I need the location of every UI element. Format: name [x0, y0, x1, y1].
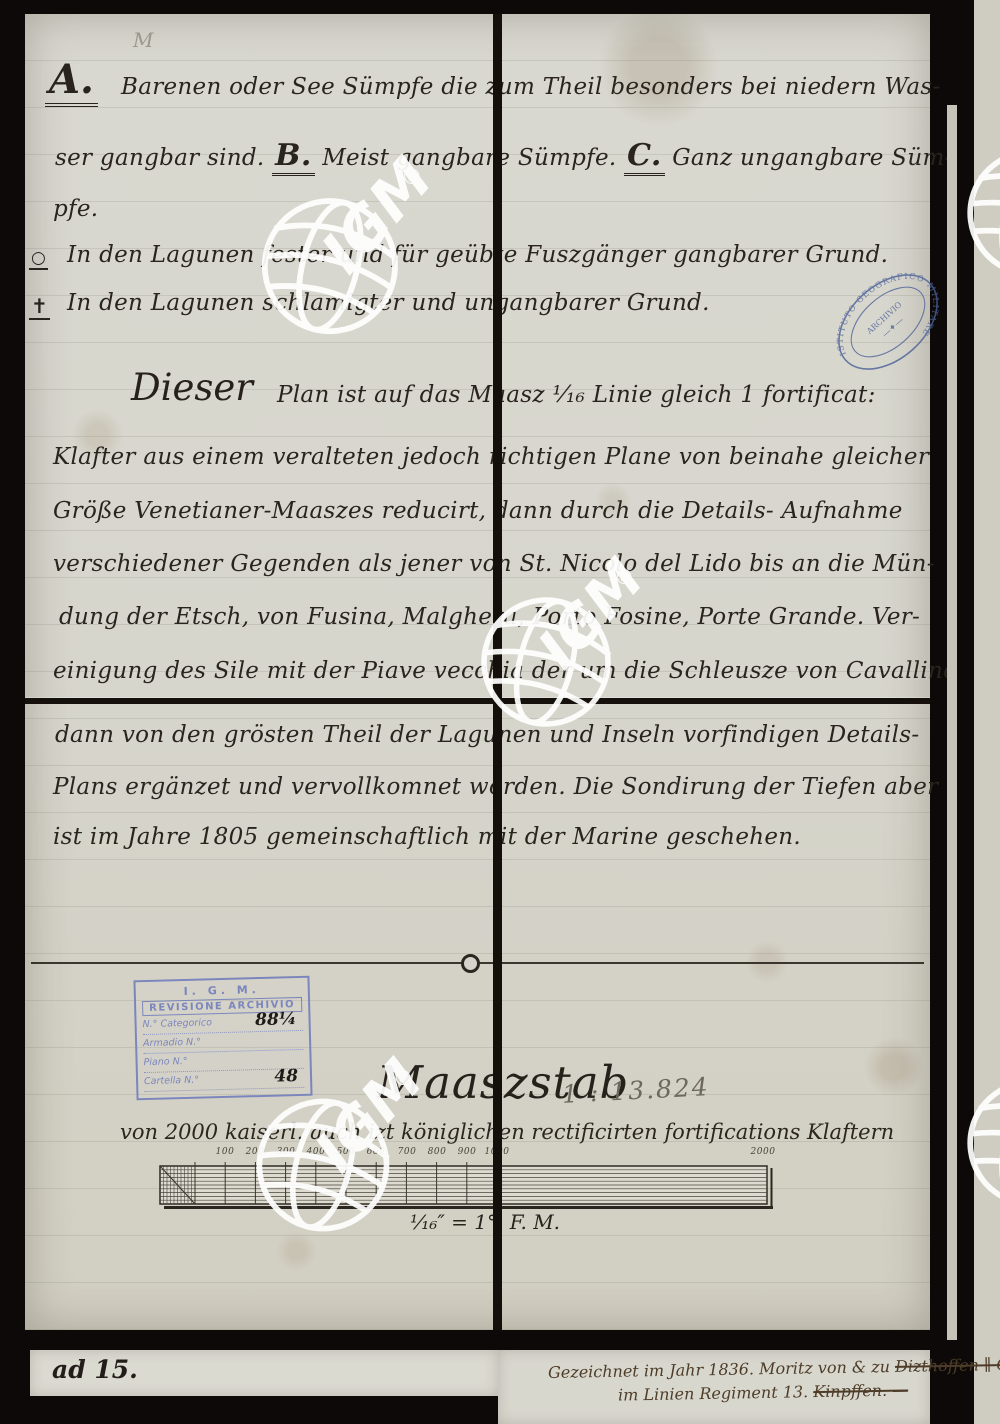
fold-hole	[461, 954, 480, 973]
inscription-line: Gezeichnet im Jahr 1836. Moritz von & zu…	[548, 1353, 1000, 1382]
scale-tick-label: 300	[269, 1147, 303, 1157]
scale-tick-label: 2000	[746, 1147, 780, 1157]
scale-tick-label: 800	[420, 1147, 454, 1157]
inscription-text: Gezeichnet im Jahr 1836. Moritz von & zu	[548, 1357, 890, 1382]
stamp-row: Armadio N.°	[143, 1034, 303, 1054]
paragraph-line: dann von den grösten Theil der Lagunen u…	[55, 722, 919, 748]
scan-edge-strip	[947, 105, 957, 1340]
graphic-scale-bar: 100 200 300 400 500 600 700 800 900 1000…	[155, 1158, 780, 1216]
paragraph-line: Plan ist auf das Maasz ¹⁄₁₆ Linie gleich…	[277, 382, 876, 408]
pencil-note: M	[133, 28, 153, 52]
legend-text: Meist gangbare Sümpfe.	[322, 145, 616, 171]
paragraph-line: einigung des Sile mit der Piave vecchia …	[53, 658, 957, 684]
sheet-reference: ad 15.	[52, 1355, 138, 1384]
paragraph-line: Klafter aus einem veralteten jedoch rich…	[53, 444, 929, 470]
stamp-row-value: 88¼	[255, 1009, 297, 1030]
legend-marker-a: A.	[45, 56, 98, 107]
stamp-row-label: Armadio N.°	[143, 1037, 201, 1050]
scale-subtitle: von 2000 kaiserl. auch izt königlichen r…	[120, 1120, 820, 1144]
paragraph-line: dung der Etsch, von Fusina, Malghera, Po…	[59, 604, 920, 630]
sheet-seam-vertical	[493, 14, 502, 1330]
legend-marker-circle: ○	[29, 248, 48, 270]
scanned-document-page: { "watermark": { "label": "IGM", "reg": …	[0, 0, 1000, 1424]
scale-unit-note: ¹⁄₁₆″ = 1°. F. M.	[365, 1210, 605, 1234]
legend-line: pfe.	[53, 196, 98, 222]
inscription-line: im Linien Regiment 13. Kinpffen. —	[618, 1380, 908, 1404]
stamp-row-label: Cartella N.°	[144, 1075, 199, 1087]
legend-text: Ganz ungangbare Süm-	[672, 145, 952, 171]
scale-tick-label: 700	[390, 1147, 424, 1157]
scale-tick-label: 100	[208, 1147, 242, 1157]
scale-tick-label: 200	[238, 1147, 272, 1157]
legend-marker-c: C.	[624, 138, 664, 176]
legend-line: In den Lagunen fester und für geübte Fus…	[67, 242, 888, 268]
stamp-ring-text: ISTITUTO GEOGRAFICO MILITARE	[816, 250, 960, 391]
stamp-row: Cartella N.° 48	[144, 1072, 304, 1092]
sheet-seam-horizontal	[25, 698, 930, 704]
stamp-row-label: N.° Categorico	[142, 1017, 212, 1030]
legend-line: Barenen oder See Sümpfe die zum Theil be…	[121, 74, 941, 100]
inscription-text: im Linien Regiment 13.	[618, 1382, 808, 1404]
bottom-label-strip: ad 15.	[30, 1350, 498, 1396]
inscription-struck-text: Dizthoffen ∥ Oberlieutenant	[895, 1353, 1000, 1376]
legend-marker-cross: ✝	[29, 294, 50, 320]
scale-tick-label: 400	[299, 1147, 333, 1157]
scale-tick-label: 600	[359, 1147, 393, 1157]
paragraph-line: ist im Jahre 1805 gemeinschaftlich mit d…	[53, 824, 801, 850]
legend-line: ser gangbar sind. B. Meist gangbare Sümp…	[55, 138, 953, 173]
legend-line: In den Lagunen schlamigter und ungangbar…	[67, 290, 710, 316]
stamp-row: N.° Categorico 88¼	[142, 1015, 302, 1035]
inscription-struck-text: Kinpffen. —	[813, 1380, 908, 1401]
scale-tick-label: 500	[329, 1147, 363, 1157]
archive-revision-stamp: I. G. M. REVISIONE ARCHIVIO N.° Categori…	[133, 976, 312, 1101]
legend-text: ser gangbar sind.	[55, 145, 265, 171]
bottom-inscription-strip: Gezeichnet im Jahr 1836. Moritz von & zu…	[498, 1350, 930, 1424]
stamp-org: I. G. M.	[142, 982, 302, 999]
scale-tick-label: 900	[450, 1147, 484, 1157]
stamp-row-label: Piano N.°	[143, 1056, 187, 1068]
stamp-row-value: 48	[274, 1066, 298, 1087]
manuscript-sheet: M A. Barenen oder See Sümpfe die zum The…	[25, 14, 930, 1330]
legend-marker-b: B.	[272, 138, 314, 176]
paragraph-line: Größe Venetianer-Maaszes reducirt, dann …	[53, 498, 903, 524]
scale-bar-graphic	[155, 1158, 780, 1216]
adjacent-page-edge	[974, 0, 1000, 1424]
paragraph-lead: Dieser	[131, 366, 253, 409]
svg-text:ISTITUTO GEOGRAFICO MILITARE: ISTITUTO GEOGRAFICO MILITARE	[816, 250, 960, 391]
